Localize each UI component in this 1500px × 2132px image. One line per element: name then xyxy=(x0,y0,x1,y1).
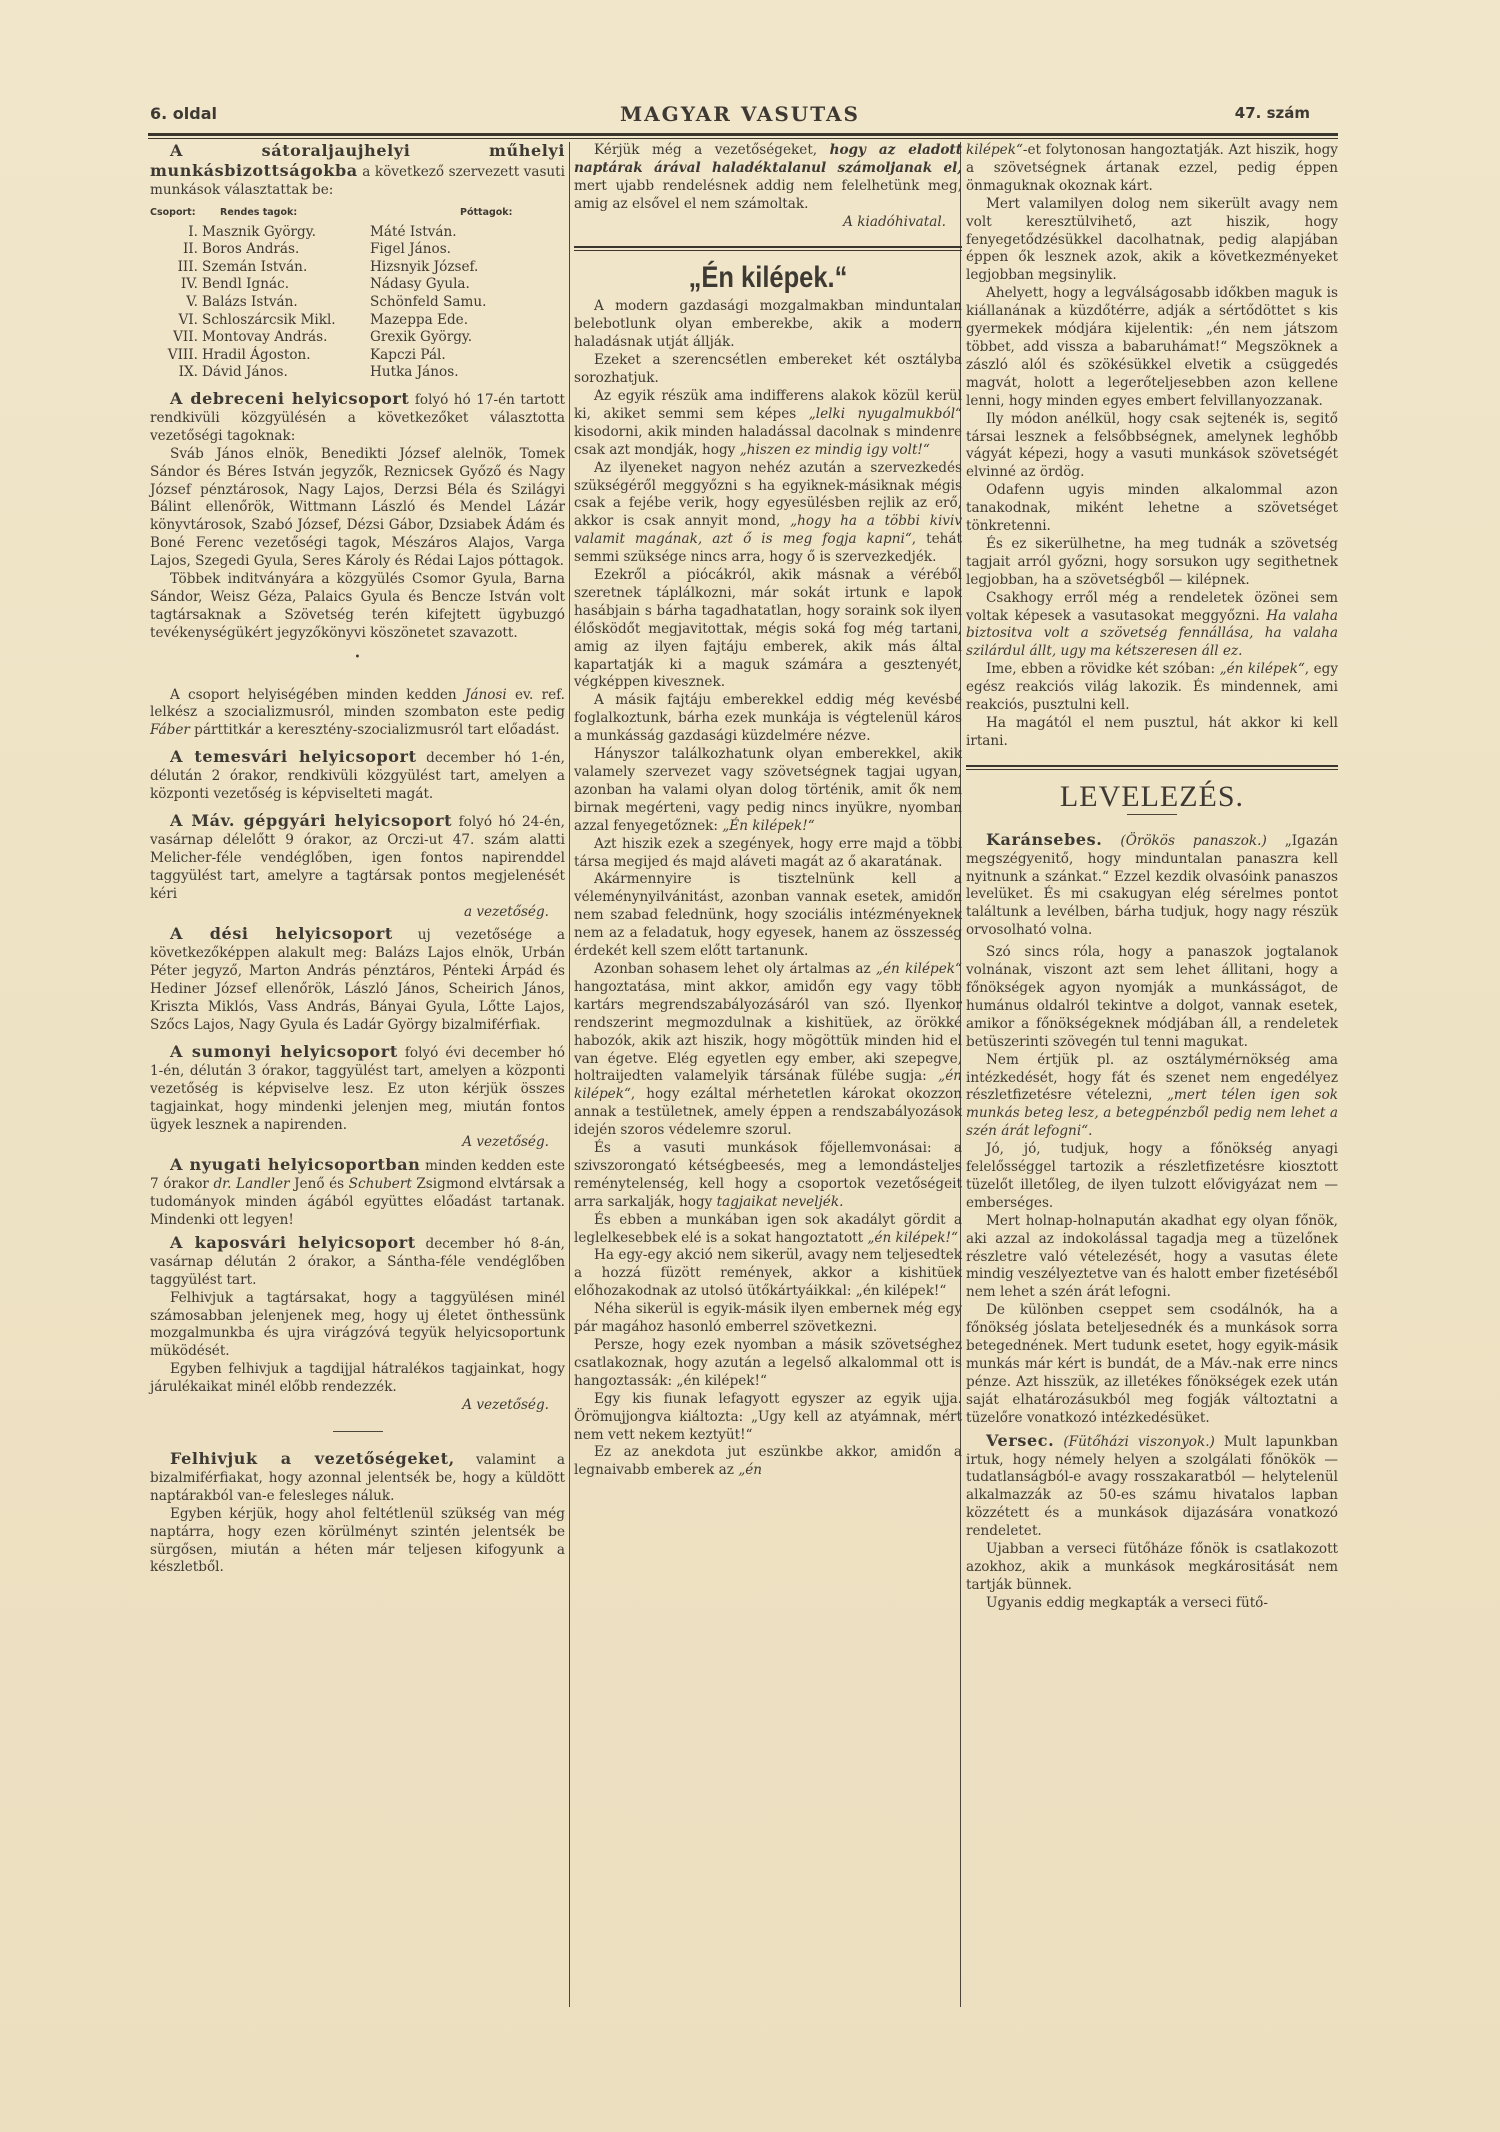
paragraph: A másik fajtáju emberekkel eddig még kev… xyxy=(574,692,962,746)
paragraph: Többek inditványára a közgyülés Csomor G… xyxy=(150,571,565,643)
notice-felhivjuk: Felhivjuk a vezetőségeket, valamint a bi… xyxy=(150,1450,565,1506)
notice-temesvar: A temesvári helyicsoport december hó 1-é… xyxy=(150,748,565,804)
notice-satoraljaujhely: A sátoraljaujhelyi műhelyi munkásbizotts… xyxy=(150,142,565,200)
newspaper-page: 6. oldal MAGYAR VASUTAS 47. szám A sátor… xyxy=(0,0,1500,2132)
member-row: VIII.Hradil Ágoston.Kapczi Pál. xyxy=(150,347,565,365)
paragraph: Odafenn ugyis minden alkalommal azon tan… xyxy=(966,482,1338,536)
paragraph: Ez az anekdota jut eszünkbe akkor, amidő… xyxy=(574,1444,962,1480)
paragraph: Néha sikerül is egyik-másik ilyen embern… xyxy=(574,1301,962,1337)
letter-body: Ujabban a verseci fütőháze főnök is csat… xyxy=(966,1541,1338,1613)
paragraph: Egyben felhivjuk a tagdijjal hátralékos … xyxy=(150,1361,565,1397)
paragraph: Ha magától el nem pusztul, hát akkor ki … xyxy=(966,715,1338,751)
paragraph: Ily módon anélkül, hogy csak sejtenék is… xyxy=(966,411,1338,483)
paragraph: És ez sikerülhetne, ha meg tudnák a szöv… xyxy=(966,536,1338,590)
paragraph: Hányszor találkozhatunk olyan emberekkel… xyxy=(574,746,962,836)
letter-versec: Versec. (Fütőházi viszonyok.) Mult lapun… xyxy=(966,1432,1338,1541)
article-body: A modern gazdasági mozgalmakban mindunta… xyxy=(574,298,962,1480)
paragraph: Ugyanis eddig megkapták a verseci fütő- xyxy=(966,1595,1338,1613)
issue-number: 47. szám xyxy=(1235,104,1310,122)
article-body-continued: kilépek“-et folytonosan hangoztatják. Az… xyxy=(966,142,1338,751)
paragraph: Ime, ebben a rövidke két szóban: „én kil… xyxy=(966,661,1338,715)
paragraph: Csakhogy erről még a rendeletek özönei s… xyxy=(966,590,1338,662)
paragraph: A csoport helyiségében minden kedden Ján… xyxy=(150,687,565,741)
member-row: VII.Montovay András.Grexik György. xyxy=(150,329,565,347)
paragraph: Akármennyire is tisztelnünk kell a vélem… xyxy=(574,871,962,961)
paragraph: Egyben kérjük, hogy ahol feltétlenül szü… xyxy=(150,1506,565,1578)
divider xyxy=(333,1431,383,1432)
paragraph: Ahelyett, hogy a legválságosabb időkben … xyxy=(966,285,1338,410)
paragraph: Ujabban a verseci fütőháze főnök is csat… xyxy=(966,1541,1338,1595)
signature: A vezetőség. xyxy=(150,1397,565,1415)
signature: A kiadóhivatal. xyxy=(574,214,962,232)
paragraph: Az egyik részük ama indifferens alakok k… xyxy=(574,388,962,460)
members-table-header: Csoport: Rendes tagok: Póttagok: xyxy=(150,204,565,222)
notice-nyugati: A nyugati helyicsoportban minden kedden … xyxy=(150,1156,565,1230)
signature: A vezetőség. xyxy=(150,1134,565,1152)
paragraph: kilépek“-et folytonosan hangoztatják. Az… xyxy=(966,142,1338,196)
divider xyxy=(574,246,962,251)
paragraph: Sváb János elnök, Benedikti József aleln… xyxy=(150,446,565,571)
paragraph: Azt hiszik ezek a szegények, hogy erre m… xyxy=(574,836,962,872)
header-rule xyxy=(148,133,1338,136)
paragraph: Szó sincs róla, hogy a panaszok jogtalan… xyxy=(966,944,1338,1051)
paragraph: És ebben a munkában igen sok akadályt gö… xyxy=(574,1212,962,1248)
paragraph: Ezekről a piócákról, akik másnak a véréb… xyxy=(574,567,962,692)
notice-des: A dési helyicsoport uj vezetősége a köve… xyxy=(150,925,565,1034)
paragraph: Ezeket a szerencsétlen embereket két osz… xyxy=(574,352,962,388)
member-row: V.Balázs István.Schönfeld Samu. xyxy=(150,294,565,312)
notice-kerjuk: Kérjük még a vezetőségeket, hogy az elad… xyxy=(574,142,962,214)
member-row: IX.Dávid János.Hutka János. xyxy=(150,364,565,382)
column-1: A sátoraljaujhelyi műhelyi munkásbizotts… xyxy=(150,142,565,1577)
paragraph: Felhivjuk a tagtársakat, hogy a taggyülé… xyxy=(150,1290,565,1362)
paragraph: Az ilyeneket nagyon nehéz azután a szerv… xyxy=(574,460,962,567)
header-rule-thin xyxy=(148,138,1338,139)
paragraph: Mert valamilyen dolog nem sikerült avagy… xyxy=(966,196,1338,286)
paragraph: Persze, hogy ezek nyomban a másik szövet… xyxy=(574,1337,962,1391)
article-title: „Én kilépek.“ xyxy=(603,269,933,287)
divider xyxy=(966,765,1338,770)
paragraph: Ha egy-egy akció nem sikerül, avagy nem … xyxy=(574,1247,962,1301)
member-row: II.Boros András.Figel János. xyxy=(150,241,565,259)
notice-debrecen: A debreceni helyicsoport folyó hó 17-én … xyxy=(150,390,565,446)
column-2: Kérjük még a vezetőségeket, hogy az elad… xyxy=(574,142,962,1480)
notice-sumony: A sumonyi helyicsoport folyó évi decembe… xyxy=(150,1043,565,1135)
paragraph: Jó, jó, tudjuk, hogy a főnökség anyagi f… xyxy=(966,1141,1338,1213)
member-row: III.Szemán István.Hizsnyik József. xyxy=(150,259,565,277)
member-row: I.Masznik György.Máté István. xyxy=(150,224,565,242)
paragraph: Azonban sohasem lehet oly ártalmas az „é… xyxy=(574,961,962,1140)
separator-dot: • xyxy=(150,649,565,667)
notice-mav: A Máv. gépgyári helyicsoport folyó hó 24… xyxy=(150,812,565,904)
paragraph: Nem értjük pl. az osztálymérnökség ama i… xyxy=(966,1052,1338,1142)
members-table: I.Masznik György.Máté István.II.Boros An… xyxy=(150,224,565,382)
letter-body: Szó sincs róla, hogy a panaszok jogtalan… xyxy=(966,944,1338,1427)
signature: a vezetőség. xyxy=(150,904,565,922)
section-title: LEVELEZÉS. xyxy=(966,788,1338,806)
divider xyxy=(1127,814,1177,815)
member-row: IV.Bendl Ignác.Nádasy Gyula. xyxy=(150,276,565,294)
masthead-title: MAGYAR VASUTAS xyxy=(150,102,1330,126)
paragraph: Mert holnap-holnapután akadhat egy olyan… xyxy=(966,1213,1338,1303)
letter-karansebes: Karánsebes. (Örökös panaszok.) „Igazán m… xyxy=(966,831,1338,940)
paragraph: A modern gazdasági mozgalmakban mindunta… xyxy=(574,298,962,352)
paragraph: És a vasuti munkások főjellemvonásai: a … xyxy=(574,1140,962,1212)
notice-kaposvar: A kaposvári helyicsoport december hó 8-á… xyxy=(150,1234,565,1290)
paragraph: Egy kis fiunak lefagyott egyszer az egyi… xyxy=(574,1391,962,1445)
paragraph: De különben cseppet sem csodálnók, ha a … xyxy=(966,1302,1338,1427)
page-header: 6. oldal MAGYAR VASUTAS 47. szám xyxy=(150,100,1330,130)
column-3: kilépek“-et folytonosan hangoztatják. Az… xyxy=(966,142,1338,1613)
member-row: VI.Schloszárcsik Mikl.Mazeppa Ede. xyxy=(150,312,565,330)
column-divider xyxy=(569,142,570,2007)
